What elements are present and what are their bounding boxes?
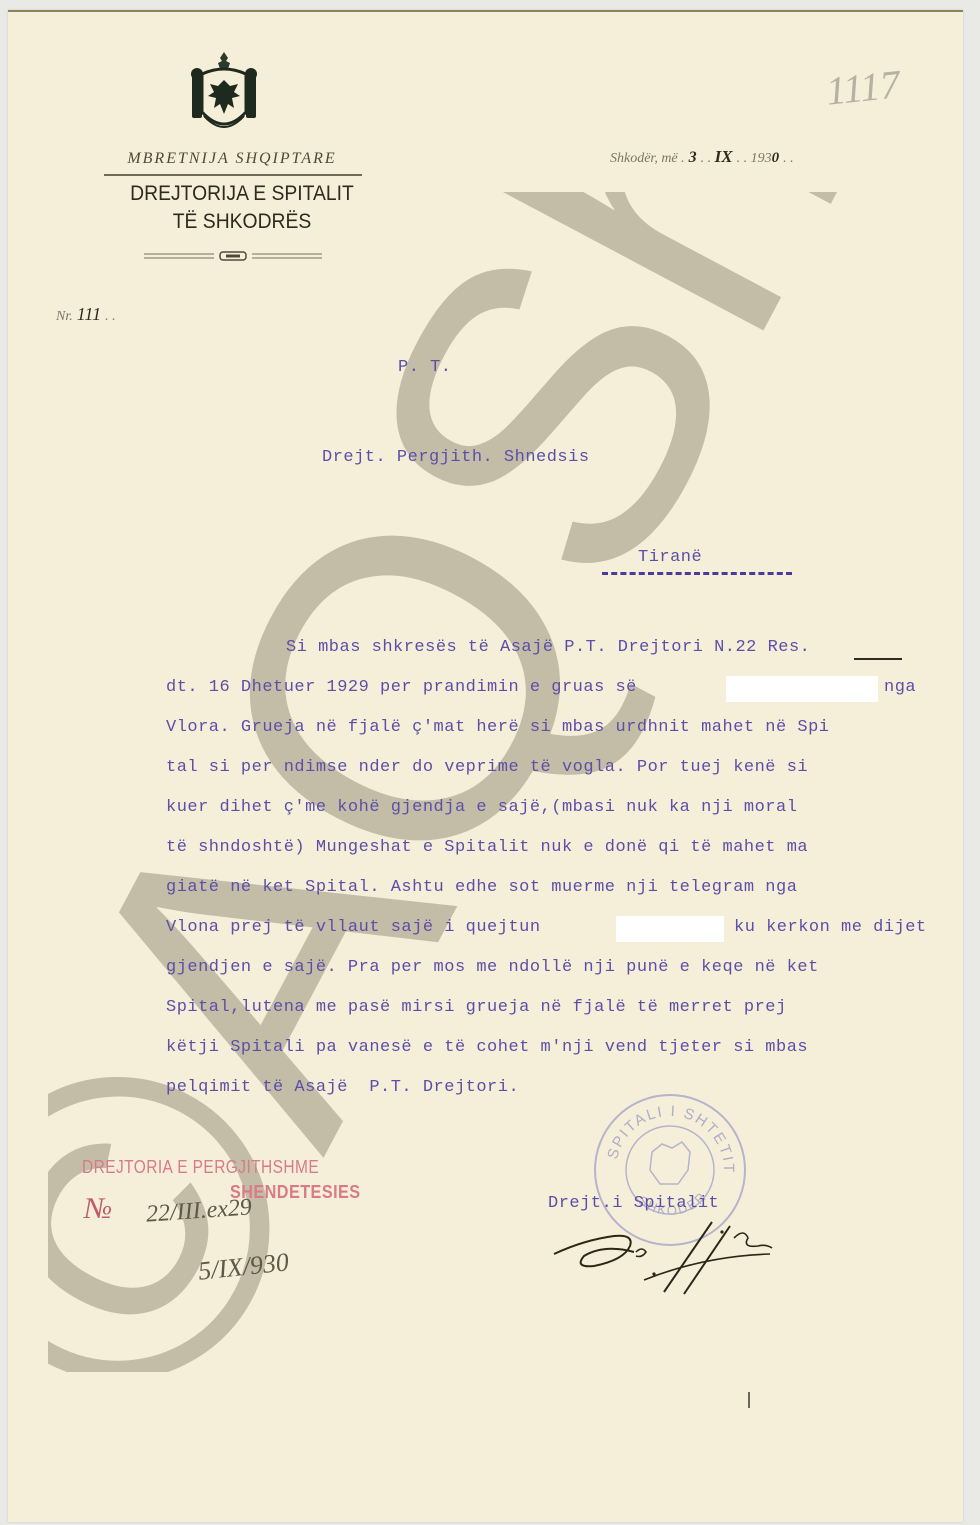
stamp-number-sign: № [84, 1192, 112, 1226]
redacted-name-2 [616, 916, 724, 942]
handwritten-signature: Dr. Hilfl [544, 1212, 784, 1302]
body-line-3: Vlora. Grueja në fjalë ç'mat herë si mba… [166, 718, 830, 737]
received-stamp-handwritten-date: 5/IX/930 [197, 1247, 291, 1286]
dateline-month: IX [715, 147, 733, 166]
body-line-8: Vlona prej të vllaut sajë i quejtun [166, 918, 541, 937]
reference-number: Nr. 111 . . [56, 304, 116, 325]
letterhead-kingdom: MBRETNIJA SHQIPTARE [102, 150, 362, 168]
body-line-7: giatë në ket Spital. Ashtu edhe sot muer… [166, 878, 797, 897]
received-stamp-handwritten-ref: 22/III.ex29 [145, 1194, 253, 1228]
pencil-archive-number: 1117 [824, 60, 903, 114]
redacted-name-1 [726, 676, 878, 702]
body-line-2-end: nga [884, 678, 916, 697]
letterhead-department-line1: DREJTORIJA E SPITALIT [104, 182, 380, 206]
received-stamp-line1: DREJTORIA E PERGJITHSHME [82, 1157, 319, 1178]
recipient-salutation: P. T. [398, 358, 452, 377]
city-underline [602, 572, 792, 575]
body-line-4: tal si per ndimse nder do veprime të vog… [166, 758, 808, 777]
body-line-2: dt. 16 Dhetuer 1929 per prandimin e grua… [166, 678, 637, 697]
stray-mark [748, 1392, 756, 1408]
dateline-year-suffix: 0 [772, 150, 780, 166]
letterhead-department-line2: TË SHKODRËS [104, 210, 380, 234]
recipient-city: Tiranë [638, 548, 702, 567]
reference-label: Nr. [56, 309, 73, 324]
dateline-place: Shkodër, më . [610, 151, 685, 166]
ornament-divider [144, 248, 322, 256]
recipient-name: Drejt. Pergjith. Shnedsis [322, 448, 590, 467]
body-line-12: pelqimit të Asajë P.T. Drejtori. [166, 1078, 519, 1097]
body-line-8-end: ku kerkon me dijet [734, 918, 927, 937]
letterhead-divider [104, 174, 362, 176]
svg-text:SPITALI I SHTETIT: SPITALI I SHTETIT [604, 1103, 737, 1175]
body-line-1: Si mbas shkresës të Asajë P.T. Drejtori … [286, 638, 810, 657]
body-line-9: gjendjen e sajë. Pra per mos me ndollë n… [166, 958, 819, 977]
body-line-11: këtji Spitali pa vanesë e të cohet m'nji… [166, 1038, 808, 1057]
dateline: Shkodër, më . 3 . . IX . . 1930 . . [610, 147, 794, 167]
body-line-6: të shndoshtë) Mungeshat e Spitalit nuk e… [166, 838, 808, 857]
dateline-year-prefix: 193 [751, 151, 772, 166]
document-page: MBRETNIJA SHQIPTARE DREJTORIJA E SPITALI… [8, 10, 963, 1522]
watermark-aqsh: ©AQSh [48, 192, 968, 1372]
body-line-10: Spital,lutena me pasë mirsi grueja në fj… [166, 998, 787, 1017]
body-line-5: kuer dihet ç'me kohë gjendja e sajë,(mba… [166, 798, 797, 817]
signature-title: Drejt.i Spitalit [548, 1194, 719, 1213]
watermark-text: ©AQSh [48, 192, 943, 1372]
coat-of-arms-icon [188, 50, 260, 142]
res-underline [854, 658, 902, 660]
dateline-day: 3 [689, 149, 697, 166]
reference-value: 111 [77, 304, 101, 324]
